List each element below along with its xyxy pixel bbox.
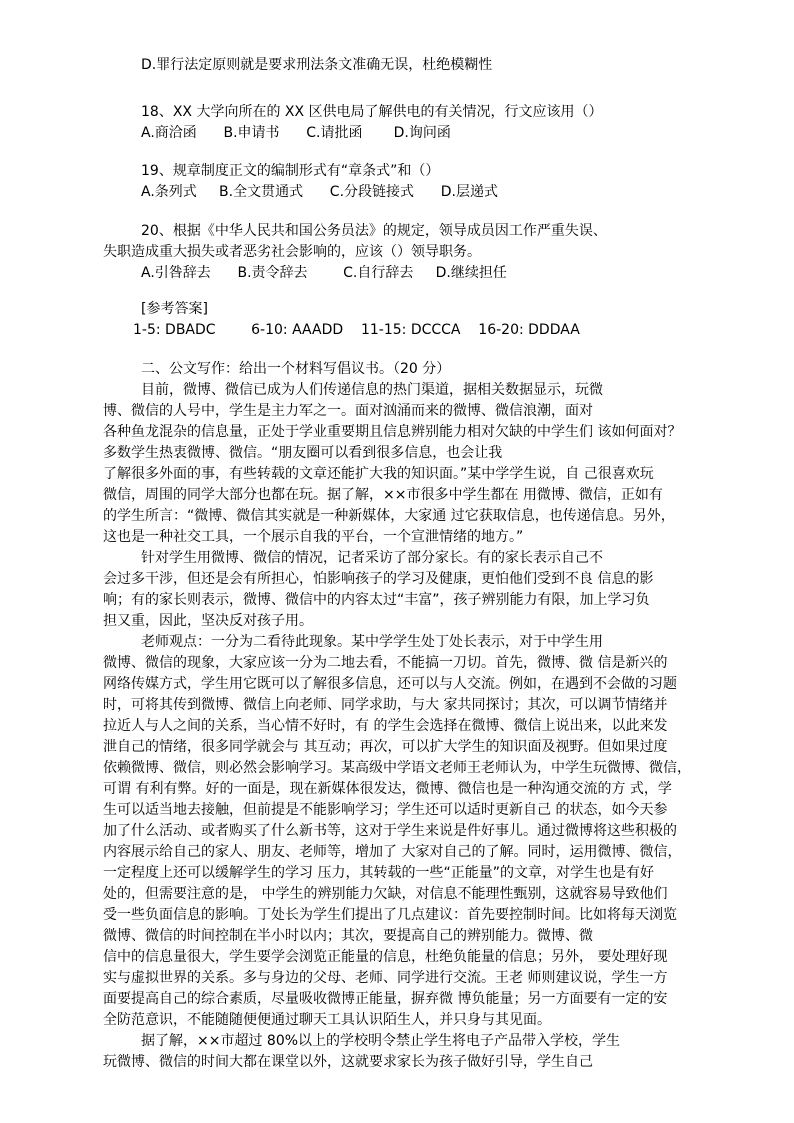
essay-line: 据了解，××市超过 80%以上的学校明令禁止学生将电子产品带入学校，学生: [103, 1031, 694, 1052]
essay-line: 老师观点：一分为二看待此现象。某中学学生处丁处长表示，对于中学生用: [103, 632, 694, 653]
answer-key-header: [参考答案]: [103, 299, 694, 320]
essay-line: 受一些负面信息的影响。丁处长为学生们提出了几点建议：首先要控制时间。比如将每天浏…: [103, 905, 694, 926]
question-19-options: A.条列式 B.全文贯通式 C.分段链接式 D.层递式: [103, 182, 694, 203]
question-20: 20、根据《中华人民共和国公务员法》的规定，领导成员因工作严重失误、 失职造成重…: [103, 221, 694, 284]
answer-key-section: [参考答案] 1-5: DBADC 6-10: AAADD 11-15: DCC…: [103, 299, 694, 341]
essay-line: 多数学生热衷微博、微信。“朋友圈可以看到很多信息，也会让我: [103, 443, 694, 464]
essay-line: 一定程度上还可以缓解学生的学习 压力，其转载的一些“正能量”的文章，对学生也是有…: [103, 863, 694, 884]
document-page: D.罪行法定原则就是要求刑法条文准确无误，杜绝模糊性 18、XX 大学向所在的 …: [0, 0, 794, 1123]
essay-line: 微博、微信的时间控制在半小时以内；其次，要提高自己的辨别能力。微博、微: [103, 926, 694, 947]
question-20-options: A.引咎辞去 B.责令辞去 C.自行辞去 D.继续担任: [103, 263, 694, 284]
essay-line: 实与虚拟世界的关系。多与身边的父母、老师、同学进行交流。王老 师则建议说，学生一…: [103, 968, 694, 989]
essay-line: 加了什么活动、或者购买了什么新书等，这对于学生来说是件好事儿。通过微博将这些积极…: [103, 821, 694, 842]
q17-option-d: D.罪行法定原则就是要求刑法条文准确无误，杜绝模糊性: [103, 55, 694, 76]
essay-line: 处的，但需要注意的是， 中学生的辨别能力欠缺，对信息不能理性甄别，这就容易导致他…: [103, 884, 694, 905]
essay-line: 目前，微博、微信已成为人们传递信息的热门渠道，据相关数据显示，玩微: [103, 380, 694, 401]
essay-line: 了解很多外面的事，有些转载的文章还能扩大我的知识面。”某中学学生说，自 己很喜欢…: [103, 464, 694, 485]
essay-line: 全防范意识，不能随随便便通过聊天工具认识陌生人，并只身与其见面。: [103, 1010, 694, 1031]
essay-heading: 二、公文写作：给出一个材料写倡议书。（20 分）: [103, 359, 694, 380]
question-19: 19、规章制度正文的编制形式有“章条式”和（） A.条列式 B.全文贯通式 C.…: [103, 161, 694, 203]
essay-line: 玩微博、微信的时间大都在课堂以外，这就要求家长为孩子做好引导，学生自己: [103, 1052, 694, 1073]
essay-line: 泄自己的情绪，很多同学就会与 其互动；再次，可以扩大学生的知识面及视野。但如果过…: [103, 737, 694, 758]
essay-section: 二、公文写作：给出一个材料写倡议书。（20 分） 目前，微博、微信已成为人们传递…: [103, 359, 694, 1073]
question-20-stem-line2: 失职造成重大损失或者恶劣社会影响的，应该（）领导职务。: [103, 242, 694, 263]
question-20-stem-line1: 20、根据《中华人民共和国公务员法》的规定，领导成员因工作严重失误、: [103, 221, 694, 242]
essay-line: 内容展示给自己的家人、朋友、老师等，增加了 大家对自己的了解。同时，运用微博、微…: [103, 842, 694, 863]
essay-line: 信中的信息量很大，学生要学会浏览正能量的信息，杜绝负能量的信息；另外， 要处理好…: [103, 947, 694, 968]
essay-line: 的学生所言：“微博、微信其实就是一种新媒体，大家通 过它获取信息，也传递信息。另…: [103, 506, 694, 527]
essay-line: 这也是一种社交工具，一个展示自我的平台，一个宣泄情绪的地方。”: [103, 527, 694, 548]
essay-line: 依赖微博、微信，则必然会影响学习。某高级中学语文老师王老师认为，中学生玩微博、微…: [103, 758, 694, 779]
question-18-stem: 18、XX 大学向所在的 XX 区供电局了解供电的有关情况，行文应该用（）: [103, 102, 694, 123]
essay-line: 拉近人与人之间的关系，当心情不好时，有 的学生会选择在微博、微信上说出来，以此来…: [103, 716, 694, 737]
essay-line: 博、微信的人号中，学生是主力军之一。面对汹涌而来的微博、微信浪潮，面对: [103, 401, 694, 422]
essay-line: 生可以适当地去接触，但前提是不能影响学习；学生还可以适时更新自己 的状态，如今天…: [103, 800, 694, 821]
essay-line: 微信，周围的同学大部分也都在玩。据了解，××市很多中学生都在 用微博、微信，正如…: [103, 485, 694, 506]
essay-line: 网络传媒方式，学生用它既可以了解很多信息，还可以与人交流。例如，在遇到不会做的习…: [103, 674, 694, 695]
essay-line: 针对学生用微博、微信的情况，记者采访了部分家长。有的家长表示自己不: [103, 548, 694, 569]
question-18: 18、XX 大学向所在的 XX 区供电局了解供电的有关情况，行文应该用（） A.…: [103, 102, 694, 144]
answer-key-values: 1-5: DBADC 6-10: AAADD 11-15: DCCCA 16-2…: [103, 320, 694, 341]
essay-line: 可谓 有利有弊。好的一面是，现在新媒体很发达，微博、微信也是一种沟通交流的方 式…: [103, 779, 694, 800]
essay-line: 担又重，因此，坚决反对孩子用。: [103, 611, 694, 632]
essay-line: 时，可将其传到微博、微信上向老师、同学求助，与大 家共同探讨；其次，可以调节情绪…: [103, 695, 694, 716]
essay-line: 各种鱼龙混杂的信息量，正处于学业重要期且信息辨别能力相对欠缺的中学生们 该如何面…: [103, 422, 694, 443]
question-18-options: A.商洽函 B.申请书 C.请批函 D.询问函: [103, 123, 694, 144]
essay-line: 会过多干涉，但还是会有所担心，怕影响孩子的学习及健康，更怕他们受到不良 信息的影: [103, 569, 694, 590]
essay-line: 响；有的家长则表示，微博、微信中的内容太过“丰富”，孩子辨别能力有限，加上学习负: [103, 590, 694, 611]
essay-line: 微博、微信的现象，大家应该一分为二地去看，不能搞一刀切。首先，微博、微 信是新兴…: [103, 653, 694, 674]
essay-line: 面要提高自己的综合素质，尽量吸收微博正能量，摒弃微 博负能量；另一方面要有一定的…: [103, 989, 694, 1010]
question-19-stem: 19、规章制度正文的编制形式有“章条式”和（）: [103, 161, 694, 182]
